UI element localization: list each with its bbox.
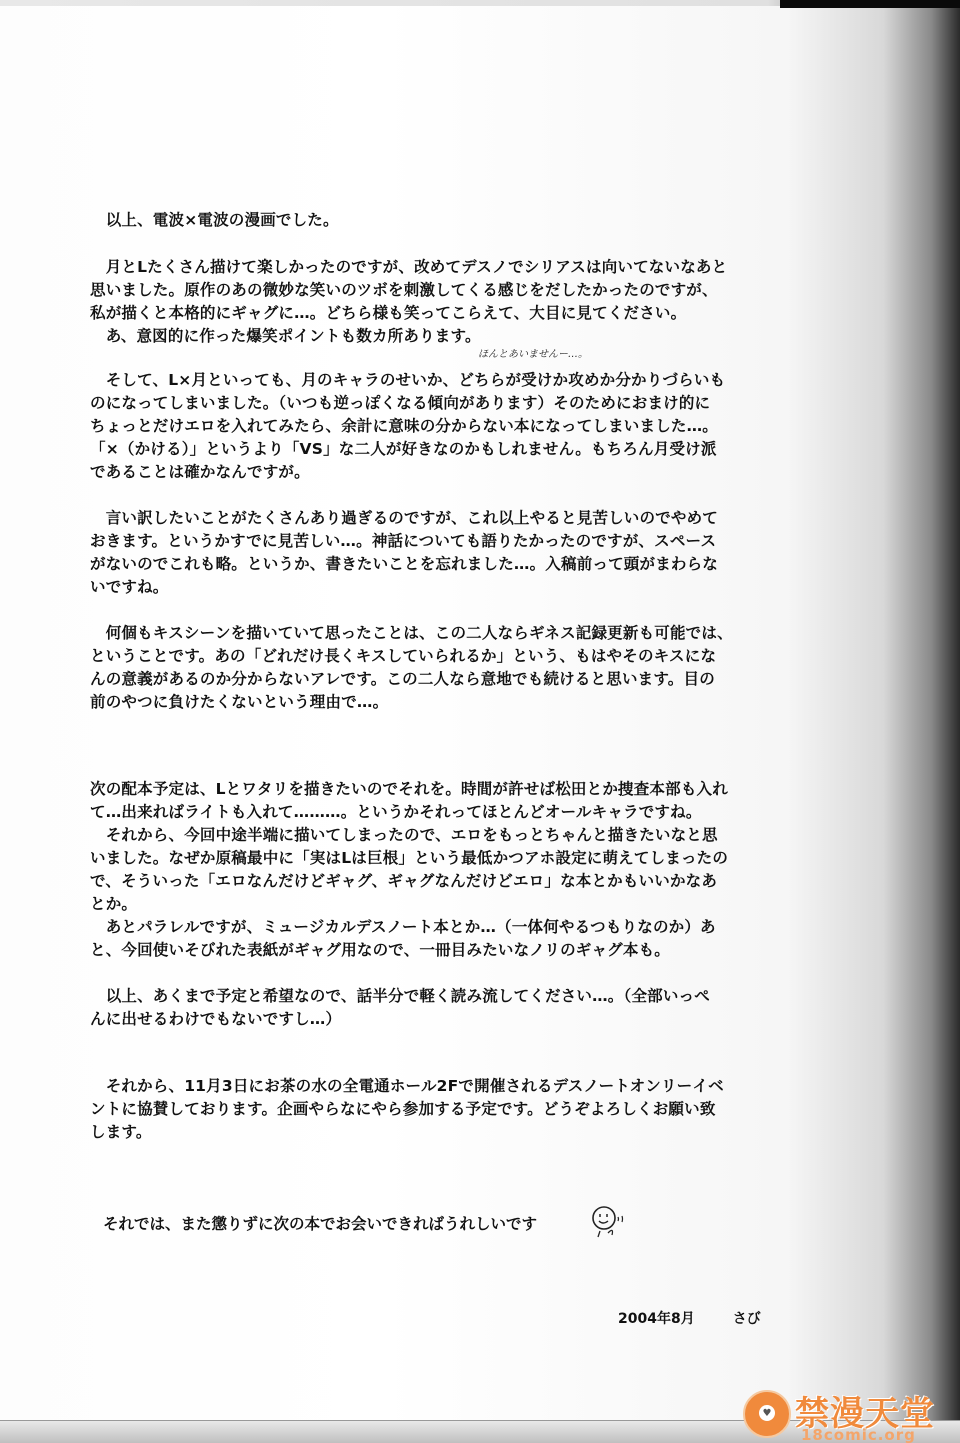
- paragraph-disclaimer: 以上、あくまで予定と希望なので、話半分で軽く読み流してください…。（全部いっぺ …: [90, 985, 770, 1031]
- heart-eye-icon: ♥: [759, 1405, 775, 1421]
- paragraph-characters: そして、L×月といっても、月のキャラのせいか、どちらが受けか攻めか分かりづらいも…: [90, 369, 770, 484]
- handwritten-note: ほんとあいませんー…。: [478, 345, 588, 360]
- paragraph-excuses: 言い訳したいことがたくさんあり過ぎるのですが、これ以上やると見苦しいのでやめて …: [90, 507, 770, 599]
- paragraph-reflection: 月とLたくさん描けて楽しかったのですが、改めてデスノでシリアスは向いてないなあと…: [90, 256, 770, 348]
- paragraph-kiss-scenes: 何個もキスシーンを描いていて思ったことは、この二人ならギネス記録更新も可能では、…: [90, 622, 770, 714]
- signature-author: さび: [733, 1311, 761, 1327]
- signature-date: 2004年8月: [618, 1311, 695, 1327]
- watermark-url: 18comic.org: [801, 1426, 916, 1443]
- paragraph-intro: 以上、電波×電波の漫画でした。: [90, 209, 770, 232]
- scanned-page: 以上、電波×電波の漫画でした。 月とLたくさん描けて楽しかったのですが、改めてデ…: [0, 0, 960, 1443]
- signature: 2004年8月さび: [618, 1308, 761, 1328]
- page-top-shadow: [780, 0, 960, 8]
- closing-line: それでは、また懲りずに次の本でお会いできればうれしいです: [103, 1212, 537, 1234]
- whale-mascot-icon: ♥: [743, 1390, 791, 1438]
- paragraph-next-plans: 次の配本予定は、Lとワタリを描きたいのでそれを。時間が許せば松田とか捜査本部も入…: [90, 778, 770, 962]
- paragraph-event: それから、11月3日にお茶の水の全電通ホール2Fで開催されるデスノートオンリーイ…: [90, 1075, 770, 1144]
- smiley-face-icon: [590, 1203, 626, 1243]
- watermark-logo: ♥ 禁漫天堂 18comic.org: [735, 1370, 960, 1443]
